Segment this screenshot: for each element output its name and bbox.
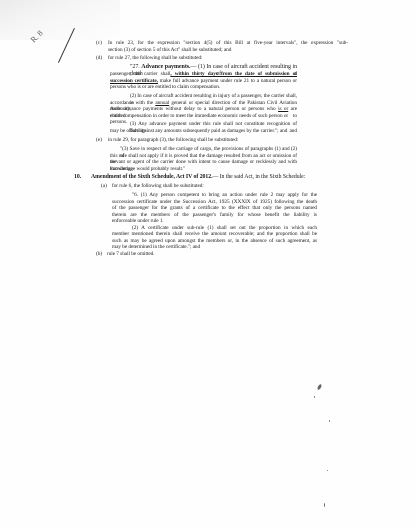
rule27-underlined-word: annual [155,100,169,106]
rule29-line4: that damage would probably result." [110,166,297,173]
ink-speck [324,503,325,507]
section-10-number: 10. [74,174,81,181]
section-10a-intro: for rule 6, the following shall be subst… [112,183,342,190]
rule27-heading: Advance payments. [141,64,190,70]
rule27-sub3-line2: may be offset against any amounts subseq… [110,128,297,135]
ink-blot [317,384,323,391]
scan-shadow [0,0,120,40]
section-10b-text: rule 7 shall be omitted. [107,251,307,258]
rule27-underlined-insertion: , within thirty days from the date of su… [170,71,297,77]
rule27-text: make full advance payment under rule 21 … [158,78,297,84]
clause-c-line2: section (3) of section 5 of this Act" sh… [108,47,348,54]
clause-e-label: (e) [96,137,102,144]
clause-d-label: (d) [96,55,102,62]
clause-d-intro: for rule 27, the following shall be subs… [108,55,348,62]
rule27-line4: persons who is or are entitled to claim … [110,84,297,91]
rule6-sub2-line4: may be determined in the certificate."; … [112,244,317,251]
ink-speck [329,420,330,422]
clause-e-intro: in rule 29, for paragraph (3), the follo… [108,137,348,144]
section-10-title: Amendment of the Sixth Schedule, Act IV … [91,174,212,180]
rule27-underlined-word: is or [278,106,288,112]
ink-speck [327,470,328,471]
section-10-heading-tail: — In the said Act, in the Sixth Schedule… [212,174,305,180]
section-10-heading: Amendment of the Sixth Schedule, Act IV … [91,174,361,181]
rule27-number: "27. [130,64,140,70]
scanned-document-page: R. 8 (c) In rule 23, for the expression … [0,0,416,528]
clause-c-label: (c) [96,40,102,47]
rule27-text: make advance payments without delay to a… [110,106,278,112]
rule27-text: passenger, the carrier shall [110,71,170,77]
section-10b-label: (b) [96,251,102,258]
rule27-text: accordance with the [110,100,155,106]
section-10a-label: (a) [101,183,107,190]
rule27-underlined-insertion: succession certificate, [110,78,158,84]
ink-speck [314,396,315,398]
